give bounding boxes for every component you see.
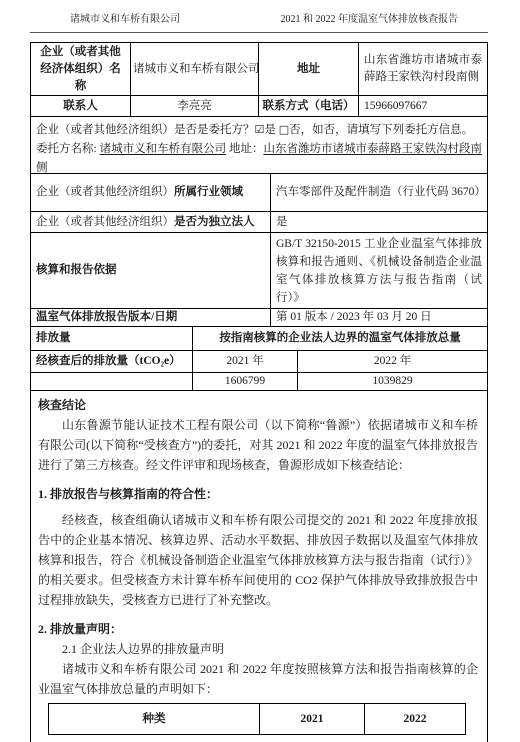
company-name-value: 诸城市义和车桥有限公司 bbox=[131, 43, 259, 95]
verified-emissions-label-cont bbox=[31, 373, 193, 390]
delegation-name-value: 诸城市义和车桥有限公司 bbox=[100, 143, 227, 155]
table-row: 联系人 李亮亮 联系方式（电话） 15966097667 bbox=[31, 96, 487, 117]
verified-emissions-label: 经核查后的排放量（tCO₂e） bbox=[31, 351, 193, 372]
table-row: 核查结论 山东鲁源节能认证技术工程有限公司（以下简称“鲁源”）依据诸城市义和车桥… bbox=[31, 391, 487, 742]
table-row: 温室气体排放报告版本/日期 第 01 版本 / 2023 年 03 月 20 日 bbox=[31, 309, 487, 327]
declaration-header-2022: 2022 bbox=[365, 704, 465, 734]
section1-title: 1. 排放报告与核算指南的符合性： bbox=[38, 484, 478, 504]
emissions-2021-value: 1606799 bbox=[193, 373, 298, 390]
delegation-address-label: 地址： bbox=[229, 143, 264, 155]
emissions-label: 排放量 bbox=[31, 327, 193, 350]
conclusion-intro: 山东鲁源节能认证技术工程有限公司（以下简称“鲁源”）依据诸城市义和车桥有限公司(… bbox=[38, 415, 478, 475]
table-row: 经核查后的排放量（tCO₂e） 2021 年 2022 年 bbox=[31, 351, 487, 373]
conclusion-title: 核查结论 bbox=[38, 397, 478, 413]
contact-value: 李亮亮 bbox=[131, 96, 259, 116]
delegation-question: 企业（或者其他经济组织）是否是委托方？ bbox=[36, 124, 255, 136]
page-header: 诸城市义和车桥有限公司 2021 和 2022 年度温室气体排放核查报告 bbox=[30, 10, 488, 33]
checkbox-checked-icon: ☑ bbox=[255, 123, 265, 136]
phone-label: 联系方式（电话） bbox=[259, 96, 359, 116]
delegation-suffix: ，如否，请填写下列委托方信息。 bbox=[301, 124, 474, 136]
basis-label: 核算和报告依据 bbox=[31, 233, 271, 308]
address-value: 山东省潍坊市诸城市泰薛路王家铁沟村段南侧 bbox=[359, 43, 487, 95]
info-table: 企业（或者其他经济体组织）名称 诸城市义和车桥有限公司 地址 山东省潍坊市诸城市… bbox=[30, 42, 488, 742]
version-label: 温室气体排放报告版本/日期 bbox=[31, 309, 271, 326]
industry-value: 汽车零部件及配件制造（行业代码 3670） bbox=[271, 174, 487, 211]
industry-label: 企业（或者其他经济组织）所属行业领域 bbox=[31, 174, 271, 211]
table-row: 企业（或者其他经济体组织）名称 诸城市义和车桥有限公司 地址 山东省潍坊市诸城市… bbox=[31, 43, 487, 96]
table-row: 1606799 1039829 bbox=[31, 373, 487, 391]
section2-body: 诸城市义和车桥有限公司 2021 和 2022 年度按照核算方法和报告指南核算的… bbox=[38, 659, 478, 699]
year-2021-header: 2021 年 bbox=[193, 351, 298, 372]
section1-body: 经核查，核查组确认诸城市义和车桥有限公司提交的 2021 和 2022 年度排放… bbox=[38, 510, 478, 610]
delegation-no-label: 否 bbox=[289, 124, 301, 136]
table-row: 核算和报告依据 GB/T 32150-2015 工业企业温室气体排放核算和报告通… bbox=[31, 233, 487, 309]
table-row: 企业（或者其他经济组织）是否为独立法人 是 bbox=[31, 212, 487, 233]
delegation-yes-label: 是 bbox=[264, 124, 276, 136]
checkbox-unchecked-icon: □ bbox=[279, 123, 289, 136]
table-row: 种类 2021 2022 bbox=[49, 704, 465, 734]
phone-value: 15966097667 bbox=[359, 96, 487, 116]
basis-value: GB/T 32150-2015 工业企业温室气体排放核算和报告通则、《机械设备制… bbox=[271, 233, 487, 308]
header-report-title: 2021 和 2022 年度温室气体排放核查报告 bbox=[281, 10, 459, 25]
conclusion-cell: 核查结论 山东鲁源节能认证技术工程有限公司（以下简称“鲁源”）依据诸城市义和车桥… bbox=[31, 391, 487, 742]
section2-subtitle: 2.1 企业法人边界的排放量声明 bbox=[38, 639, 478, 659]
year-2022-header: 2022 年 bbox=[298, 351, 487, 372]
legal-person-label: 企业（或者其他经济组织）是否为独立法人 bbox=[31, 212, 271, 232]
emissions-header: 按指南核算的企业法人边界的温室气体排放总量 bbox=[193, 327, 487, 350]
delegation-cell: 企业（或者其他经济组织）是否是委托方？☑是 □否，如否，请填写下列委托方信息。 … bbox=[31, 117, 487, 173]
table-row: 企业（或者其他经济组织）所属行业领域 汽车零部件及配件制造（行业代码 3670） bbox=[31, 174, 487, 212]
header-company-name: 诸城市义和车桥有限公司 bbox=[70, 10, 180, 25]
table-row: 排放量 按指南核算的企业法人边界的温室气体排放总量 bbox=[31, 327, 487, 351]
report-page: 诸城市义和车桥有限公司 2021 和 2022 年度温室气体排放核查报告 企业（… bbox=[0, 0, 520, 742]
contact-label: 联系人 bbox=[31, 96, 131, 116]
legal-person-value: 是 bbox=[271, 212, 487, 232]
declaration-table: 种类 2021 2022 bbox=[48, 703, 466, 735]
company-name-label: 企业（或者其他经济体组织）名称 bbox=[31, 43, 131, 95]
version-value: 第 01 版本 / 2023 年 03 月 20 日 bbox=[271, 309, 487, 326]
table-row: 企业（或者其他经济组织）是否是委托方？☑是 □否，如否，请填写下列委托方信息。 … bbox=[31, 117, 487, 174]
delegation-name-label: 委托方名称: bbox=[36, 143, 97, 155]
declaration-header-category: 种类 bbox=[49, 704, 260, 734]
address-label: 地址 bbox=[259, 43, 359, 95]
declaration-header-2021: 2021 bbox=[260, 704, 365, 734]
section2-title: 2. 排放量声明： bbox=[38, 619, 478, 639]
emissions-2022-value: 1039829 bbox=[298, 373, 487, 390]
